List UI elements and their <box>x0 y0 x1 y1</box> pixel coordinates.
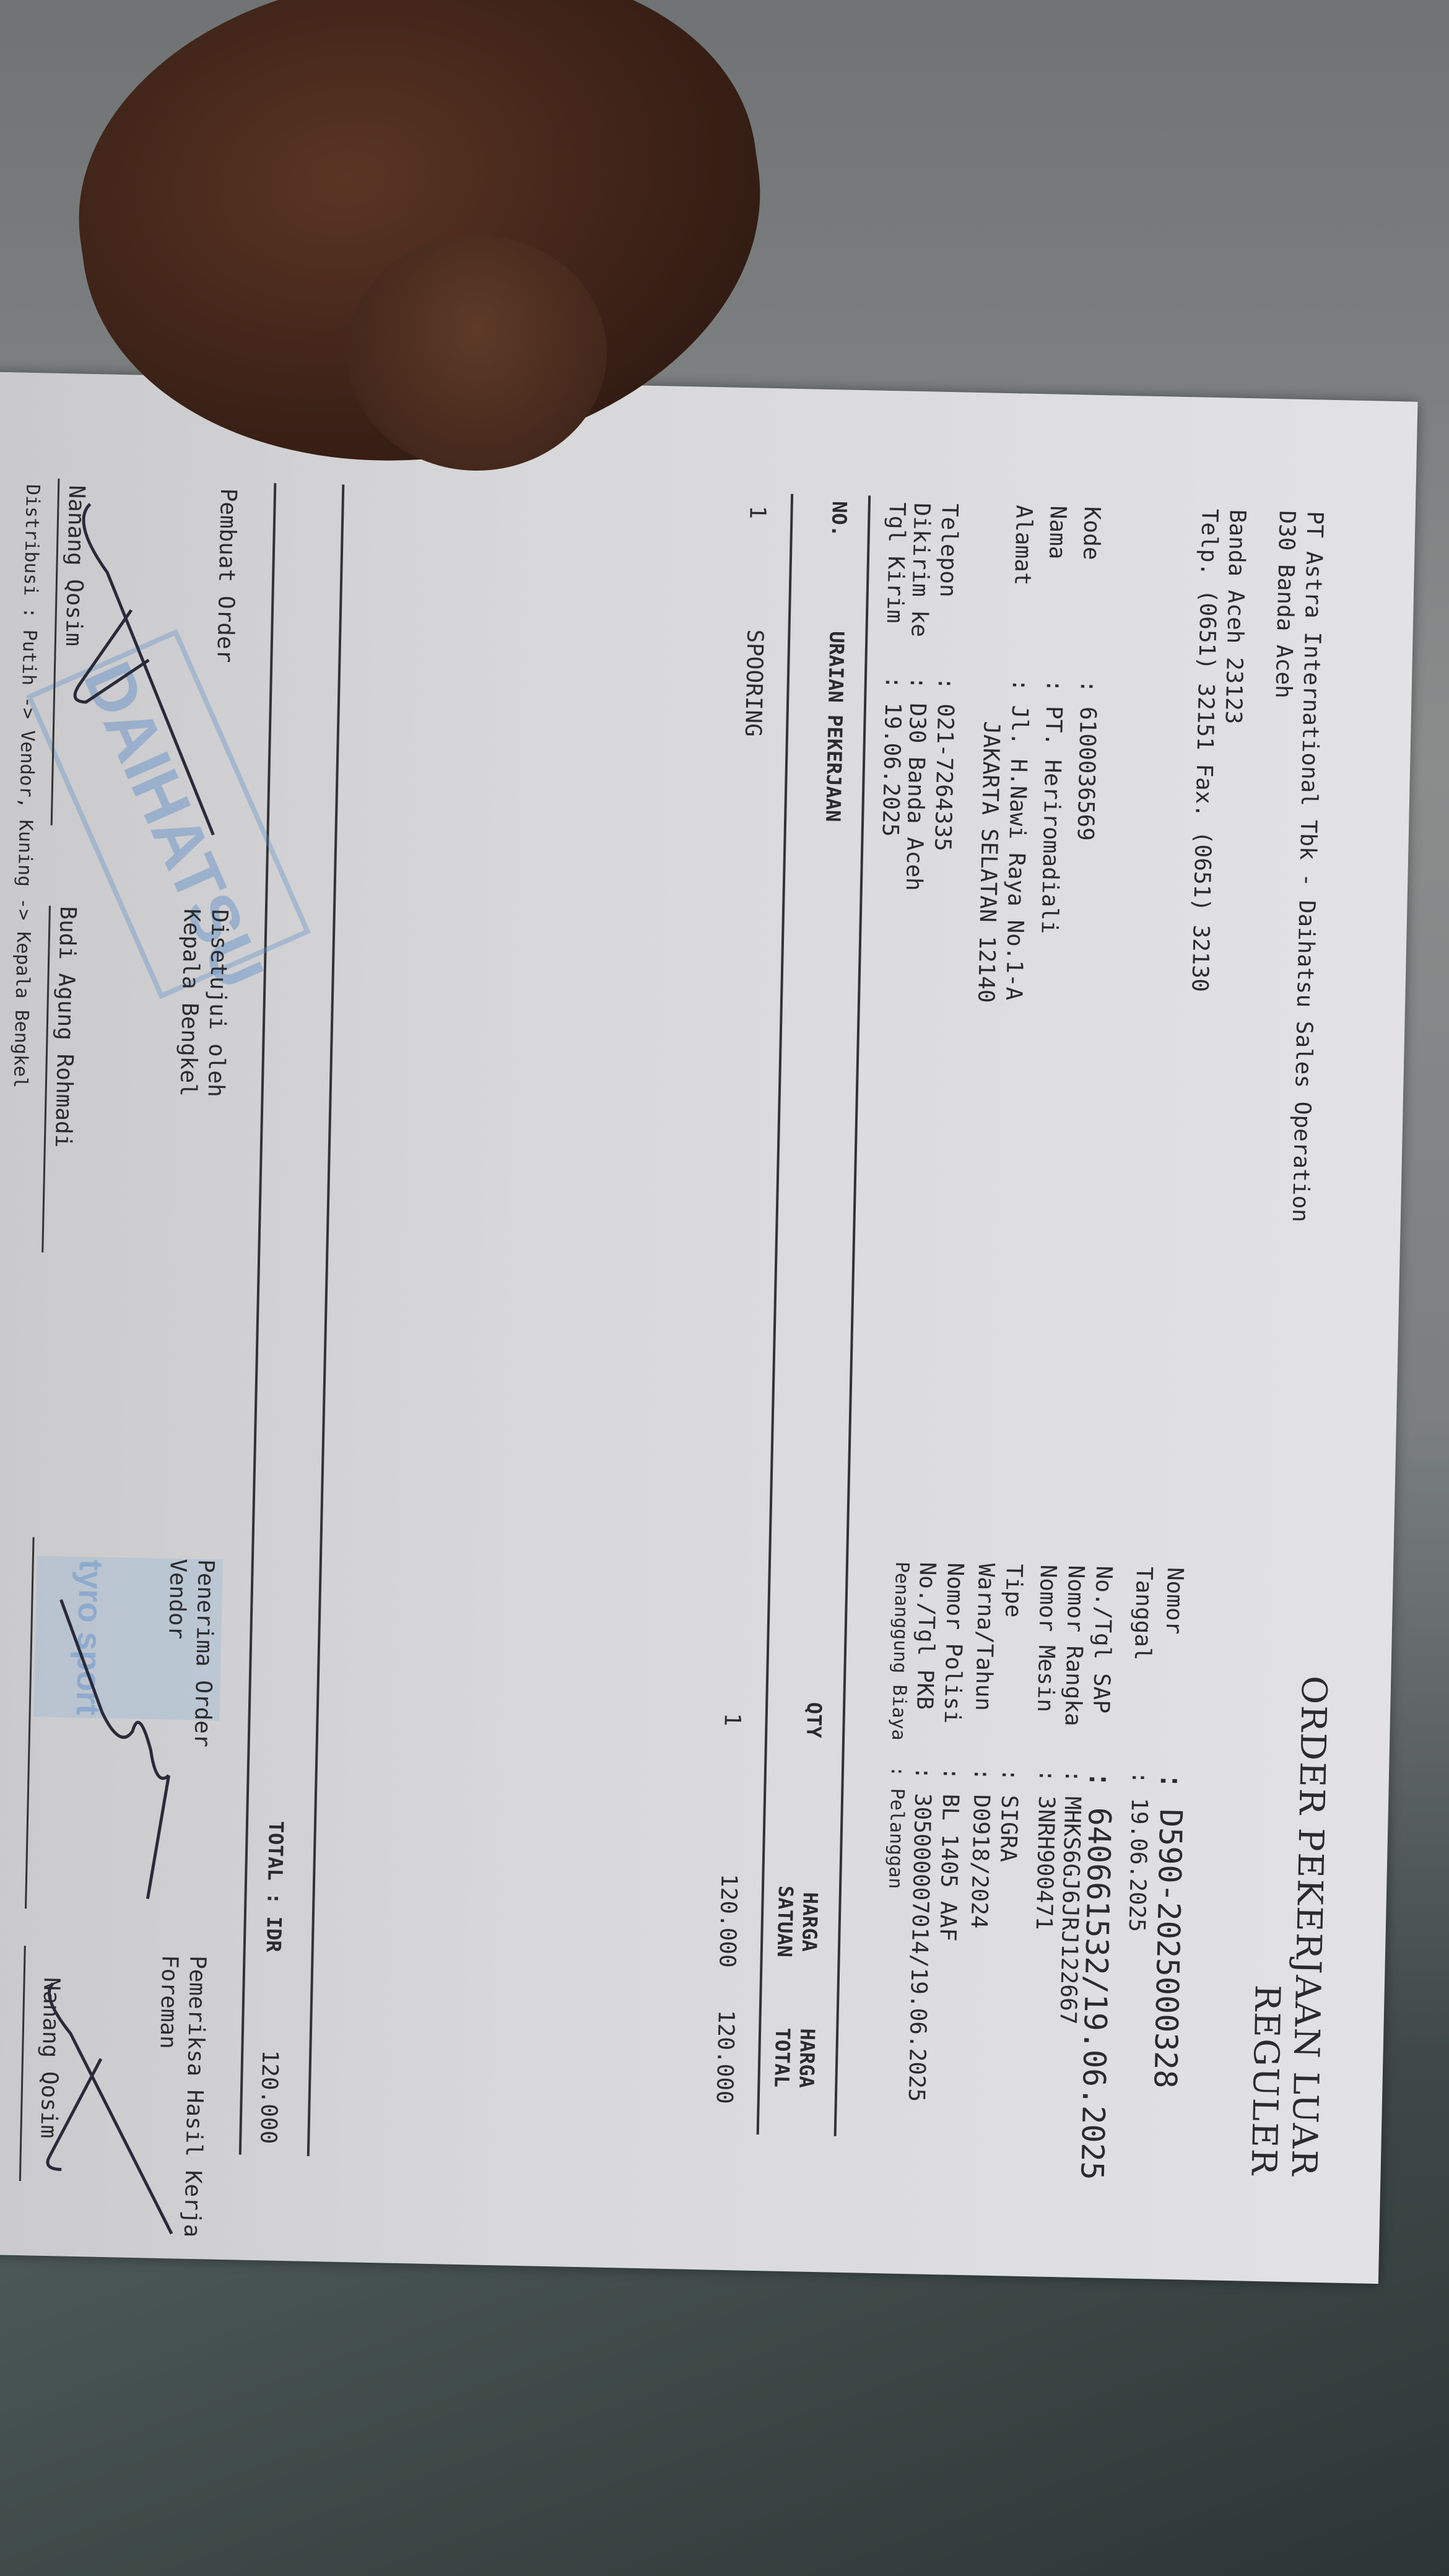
company-branch: D30 Banda Aceh <box>1269 510 1300 698</box>
cost-bearer: : Pelanggan <box>884 1765 910 1889</box>
row-unit-price: 120.000 <box>713 1874 742 1969</box>
vendor-address-2: JAKARTA SELATAN 12140 <box>972 721 1006 1003</box>
order-document: PT Astra International Tbk - Daihatsu Sa… <box>0 372 1417 2284</box>
total-value: 120.000 <box>254 2050 284 2144</box>
sig-title-approver: Kepala Bengkel <box>174 908 206 1097</box>
vendor-label-name: Nama <box>1043 505 1072 560</box>
document-subtitle: REGULER <box>1241 1984 1288 2177</box>
order-info-block: Nomor : D590-2025000328 Tanggal : 19.06.… <box>1360 438 1398 2271</box>
sig-line-inspector <box>19 1946 26 2181</box>
plate-number: : BL 1405 AAF <box>933 1767 965 1942</box>
info-label: Warna/Tahun <box>969 1563 1000 1711</box>
vendor-block: Kode : 6100036569 Nama : PT. Heriromadia… <box>1360 438 1398 2271</box>
sig-role-approver: Disetujui oleh <box>202 909 233 1097</box>
col-header-total: HARGA TOTAL <box>769 2011 820 2105</box>
vehicle-type: : SIGRA <box>994 1768 1024 1863</box>
info-label: No./Tgl SAP <box>1087 1565 1118 1713</box>
company-contact: Telp. (0651) 32151 Fax. (0651) 32130 <box>1185 508 1223 992</box>
row-desc: SPOORING <box>739 629 769 737</box>
table-row: 1 SPOORING 1 120.000 120.000 <box>1360 438 1398 2271</box>
row-total: 120.000 <box>710 2009 740 2104</box>
distribution-footer: Distribusi : Putih -> Vendor, Kuning -> … <box>8 484 44 1089</box>
info-label: Tipe <box>999 1564 1028 1618</box>
signature-receiver-icon <box>36 1587 179 1912</box>
info-label: Penanggung Biaya <box>887 1561 914 1741</box>
table-bottom-rule <box>307 484 345 2156</box>
col-header-unit-price: HARGA SATUAN <box>772 1869 824 1975</box>
signature-inspector-icon <box>35 1971 189 2247</box>
row-qty: 1 <box>718 1713 746 1727</box>
document-content: PT Astra International Tbk - Daihatsu Sa… <box>0 410 1398 2271</box>
document-title: ORDER PEKERJAAN LUAR <box>1281 1675 1335 2177</box>
info-label: Tanggal <box>1128 1566 1158 1661</box>
row-no: 1 <box>743 505 771 520</box>
col-header-no: NO. <box>827 501 852 537</box>
info-label: Nomor Rangka <box>1059 1565 1090 1726</box>
vendor-phone: : 021-7264335 <box>928 676 960 851</box>
info-label: Nomor Mesin <box>1031 1564 1062 1712</box>
signature-maker-icon <box>52 497 233 848</box>
sig-line-receiver <box>25 1537 35 1908</box>
sig-role-receiver: Penerima Order <box>188 1559 220 1747</box>
thumb <box>347 235 607 471</box>
vendor-label-phone: Telepon <box>934 503 964 598</box>
info-label: No./Tgl PKB <box>910 1562 941 1710</box>
info-label: Nomor <box>1160 1567 1189 1635</box>
company-city: Banda Aceh 23123 <box>1219 509 1251 724</box>
vendor-code: : 6100036569 <box>1071 679 1102 841</box>
vendor-label-ship-date: Tgl Kirim <box>881 502 911 624</box>
col-header-desc: URAIAN PEKERJAAN <box>820 631 849 822</box>
engine-number: : 3NRH900471 <box>1030 1769 1061 1930</box>
col-header-qty: QTY <box>801 1702 827 1738</box>
vendor-ship-date: : 19.06.2025 <box>876 676 907 837</box>
vendor-label-code: Kode <box>1077 506 1106 560</box>
total-label: TOTAL : IDR <box>261 1821 289 1952</box>
vendor-label-address: Alamat <box>1008 505 1038 586</box>
info-label: Nomor Polisi <box>938 1562 969 1724</box>
color-year: : D0918/2024 <box>965 1767 996 1929</box>
vendor-name: : PT. Heriromadiali <box>1035 679 1068 934</box>
sig-name-approver: Budi Agung Rohmadi <box>49 906 82 1148</box>
sig-line-approver <box>41 906 51 1253</box>
order-date: : 19.06.2025 <box>1123 1770 1154 1932</box>
